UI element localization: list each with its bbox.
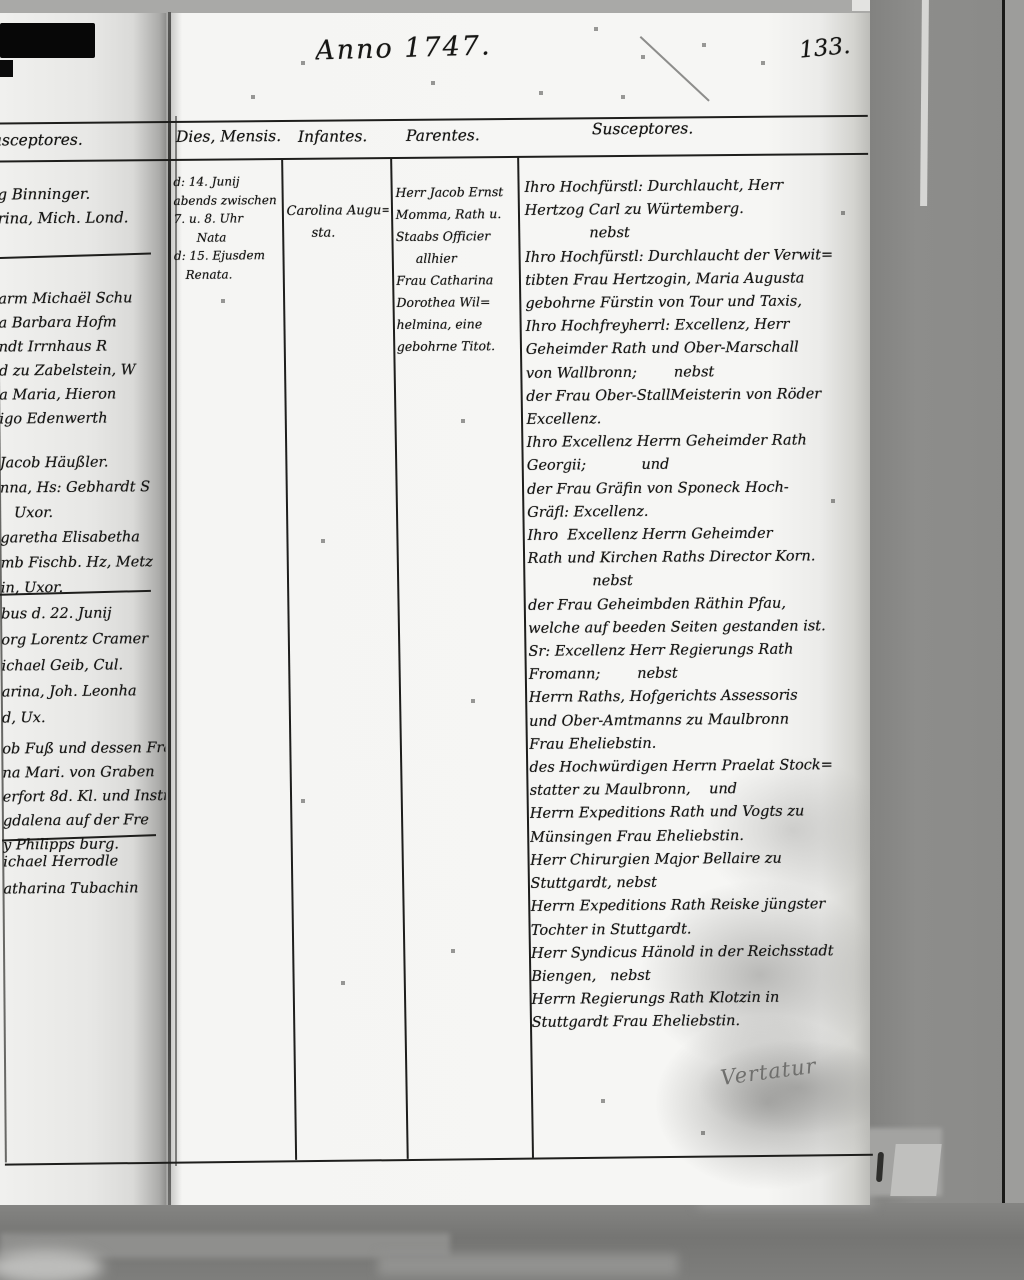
handwritten-line: allhier — [396, 247, 516, 270]
handwritten-line: nna, Hs: Gebhardt S — [0, 475, 163, 501]
handwritten-line: Stuttgardt Frau Eheliebstin. — [532, 1009, 873, 1035]
column-header-infantes: Infantes. — [298, 127, 368, 146]
handwritten-line: der Frau Gräfin von Sponeck Hoch- — [527, 476, 868, 502]
handwritten-line: Frau Eheliebstin. — [529, 731, 870, 757]
handwritten-line: Fromann; nebst — [529, 661, 870, 687]
handwritten-line: Geheimder Rath und Ober-Marschall — [526, 336, 867, 362]
column-header-parentes: Parentes. — [406, 126, 480, 145]
header-bottom-rule — [0, 153, 868, 163]
handwritten-line: ob Fuß und dessen Frau — [2, 736, 165, 761]
handwritten-line: garetha Elisabetha — [0, 525, 163, 551]
handwritten-line: des Hochwürdigen Herrn Praelat Stock= — [529, 754, 870, 780]
handwritten-line: Herrn Expeditions Rath Reiske jüngster — [531, 893, 872, 919]
handwritten-line: arm Michaël Schu — [0, 286, 161, 311]
handwritten-line: ichael Geib, Cul. — [1, 652, 164, 679]
column-header-susceptores-left-page: usceptores. — [0, 131, 83, 150]
handwritten-line: Herrn Expeditions Rath und Vogts zu — [530, 800, 871, 826]
handwritten-line: nebst — [528, 568, 869, 594]
handwritten-line: ichael Herrodle — [3, 848, 166, 876]
handwritten-line: ndt Irrnhaus R — [0, 334, 162, 359]
column-line-dies-infantes — [281, 159, 297, 1160]
handwritten-line: welche auf beeden Seiten gestanden ist. — [528, 615, 869, 641]
handwritten-line: na Mari. von Graben — [2, 760, 165, 785]
handwritten-line: Tochter in Stuttgardt. — [531, 916, 872, 942]
handwritten-line: Herrn Raths, Hofgerichts Assessoris — [529, 684, 870, 710]
handwritten-line: mb Fischb. Hz, Metz — [1, 550, 164, 576]
entry-parentes: Herr Jacob ErnstMomma, Rath u.Staabs Off… — [395, 181, 517, 358]
handwritten-line: Sr: Excellenz Herr Regierungs Rath — [528, 638, 869, 664]
column-header-susceptores: Susceptores. — [592, 119, 694, 138]
entry-susceptores: Ihro Hochfürstl: Durchlaucht, HerrHertzo… — [524, 174, 872, 1035]
handwritten-line: von Wallbronn; nebst — [526, 360, 867, 386]
header-top-rule — [0, 115, 868, 125]
handwritten-line: tibten Frau Hertzogin, Maria Augusta — [525, 267, 866, 293]
handwritten-line: Ihro Hochfürstl: Durchlaucht, Herr — [524, 174, 865, 200]
left-page-text-block: ob Fuß und dessen Frauna Mari. von Grabe… — [2, 736, 166, 857]
handwritten-line: Herrn Regierungs Rath Klotzin in — [531, 986, 872, 1012]
table-bottom-rule — [5, 1154, 873, 1166]
page-number: 133. — [798, 33, 851, 64]
handwritten-line: Stuttgardt, nebst — [530, 870, 871, 896]
handwritten-line: Ihro Hochfürstl: Durchlaucht der Verwit= — [525, 244, 866, 270]
handwritten-line: Uxor. — [0, 500, 163, 526]
handwritten-line: d: 15. Ejusdem — [174, 246, 280, 266]
handwritten-line: 7. u. 8. Uhr — [174, 209, 280, 229]
page-title: Anno 1747. — [315, 30, 492, 66]
handwritten-line: Herr Jacob Ernst — [395, 181, 515, 204]
handwritten-line: Excellenz. — [526, 406, 867, 432]
handwritten-line: Nata — [174, 228, 280, 248]
entry-dies-mensis: d: 14. Junijabends zwischen7. u. 8. Uhr … — [173, 172, 280, 284]
handwritten-line: in, Uxor. — [1, 575, 164, 601]
handwritten-line: Herr Syndicus Hänold in der Reichsstadt — [531, 940, 872, 966]
handwritten-line: igo Edenwerth — [0, 406, 163, 431]
handwritten-line: atharina Tubachin — [3, 875, 166, 903]
handwritten-line: statter zu Maulbronn, und — [530, 777, 871, 803]
handwritten-line: erfort 8d. Kl. und Instru — [3, 784, 166, 809]
handwritten-line: Biengen, nebst — [531, 963, 872, 989]
handwritten-line: der Frau Geheimbden Räthin Pfau, — [528, 592, 869, 618]
entry-infantes: Carolina Augu= sta. — [287, 200, 389, 245]
handwritten-line: gebohrne Fürstin von Tour und Taxis, — [525, 290, 866, 316]
left-page-text-block: ichael Herrodleatharina Tubachin — [3, 848, 166, 903]
handwritten-line: Staabs Officier — [396, 225, 516, 248]
handwritten-line: Gräfl: Excellenz. — [527, 499, 868, 525]
handwritten-line: arina, Joh. Leonha — [2, 678, 165, 705]
left-page-text-block: arm Michaël Schua Barbara Hofmndt Irrnha… — [0, 286, 163, 431]
handwritten-line: Momma, Rath u. — [396, 203, 516, 226]
handwritten-line: Ihro Hochfreyherrl: Excellenz, Herr — [526, 313, 867, 339]
handwritten-line: Münsingen Frau Eheliebstin. — [530, 824, 871, 850]
handwritten-line: rina, Mich. Lond. — [0, 205, 161, 230]
handwritten-line: g Binninger. — [0, 181, 161, 206]
handwritten-line: Carolina Augu= — [287, 200, 389, 223]
handwritten-line: Ihro Excellenz Herrn Geheimder — [527, 522, 868, 548]
handwritten-line: und Ober-Amtmanns zu Maulbronn — [529, 708, 870, 734]
vertatur-note: Vertatur — [719, 1054, 818, 1090]
handwritten-line: a Maria, Hieron — [0, 382, 162, 407]
handwritten-line: Frau Catharina — [396, 269, 516, 292]
handwritten-line: bus d. 22. Junij — [1, 600, 164, 627]
handwritten-line: d zu Zabelstein, W — [0, 358, 162, 383]
handwritten-line: gebohrne Titot. — [397, 335, 517, 358]
handwritten-line: helmina, eine — [396, 313, 516, 336]
handwritten-line: Georgii; und — [527, 452, 868, 478]
left-page-text-block: bus d. 22. Junijorg Lorentz Cramerichael… — [1, 600, 165, 731]
scanned-register-page: Anno 1747. 133. usceptores. Dies, Mensis… — [0, 0, 1024, 1280]
column-header-dies-mensis: Dies, Mensis. — [176, 127, 281, 146]
handwritten-line: sta. — [287, 222, 389, 245]
handwritten-line: Jacob Häußler. — [0, 450, 163, 476]
handwritten-line: d, Ux. — [2, 704, 165, 731]
left-page-text-block: g Binninger.rina, Mich. Lond. — [0, 181, 161, 230]
left-page-text-block: Jacob Häußler.nna, Hs: Gebhardt S Uxor.g… — [0, 450, 164, 601]
paper-speckles — [0, 0, 2, 2]
handwritten-line: Ihro Excellenz Herrn Geheimder Rath — [527, 429, 868, 455]
handwritten-line: d: 14. Junij — [173, 172, 279, 192]
handwritten-line: gdalena auf der Fre — [3, 808, 166, 833]
handwritten-line: org Lorentz Cramer — [1, 626, 164, 653]
handwritten-line: a Barbara Hofm — [0, 310, 162, 335]
handwritten-line: der Frau Ober-StallMeisterin von Röder — [526, 383, 867, 409]
handwritten-line: Rath und Kirchen Raths Director Korn. — [528, 545, 869, 571]
handwritten-line: nebst — [525, 220, 866, 246]
page-content-layer: Anno 1747. 133. usceptores. Dies, Mensis… — [0, 0, 1024, 1280]
handwritten-line: Dorothea Wil= — [396, 291, 516, 314]
handwritten-line: abends zwischen — [173, 191, 279, 211]
handwritten-line: Hertzog Carl zu Würtemberg. — [525, 197, 866, 223]
left-row-divider — [0, 253, 151, 260]
handwritten-line: Renata. — [174, 265, 280, 285]
handwritten-line: Herr Chirurgien Major Bellaire zu — [530, 847, 871, 873]
